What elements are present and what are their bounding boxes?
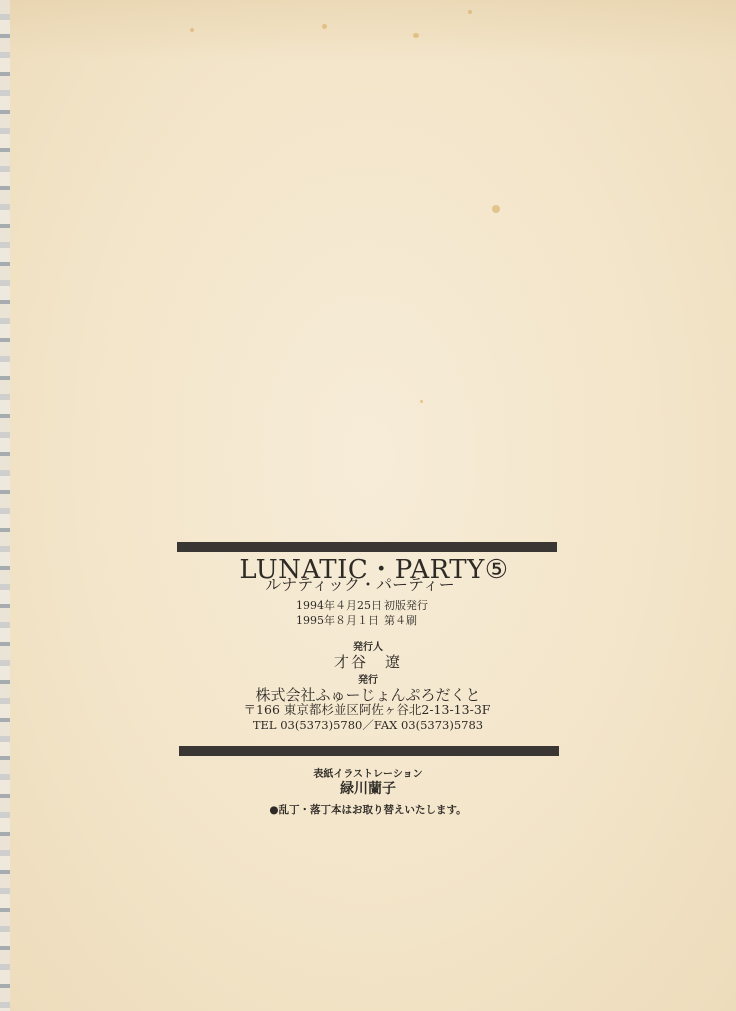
edition-first: 1994年４月25日 初版発行 (296, 597, 382, 613)
foxing-spot (420, 400, 423, 403)
edition-printing: 1995年８月１日 第４刷 (296, 612, 379, 628)
foxing-spot (190, 28, 194, 32)
replacement-notice: ●乱丁・落丁本はお取り替えいたします。 (0, 802, 736, 817)
publisher-name: 才谷 遼 (0, 651, 736, 672)
foxing-spot (468, 10, 472, 14)
book-subtitle: ルナティック・パーティー (0, 572, 728, 595)
foxing-spot (492, 205, 500, 213)
edition-label: 第４刷 (384, 612, 417, 628)
company-tel-fax: TEL 03(5373)5780／FAX 03(5373)5783 (0, 717, 736, 733)
bottom-rule (179, 746, 559, 756)
foxing-spot (413, 33, 419, 38)
illustrator-name: 緑川蘭子 (0, 778, 736, 798)
edition-date: 1994年４月25日 (296, 599, 382, 612)
paper-stain (0, 0, 736, 60)
scanned-page: LUNATIC・PARTY⑤ ルナティック・パーティー 1994年４月25日 初… (0, 0, 736, 1011)
foxing-spot (322, 24, 327, 29)
company-address: 〒166 東京都杉並区阿佐ヶ谷北2-13-13-3F (0, 700, 735, 718)
edition-date: 1995年８月１日 (296, 614, 379, 627)
edition-label: 初版発行 (384, 597, 428, 613)
binding-edge (0, 0, 10, 1011)
